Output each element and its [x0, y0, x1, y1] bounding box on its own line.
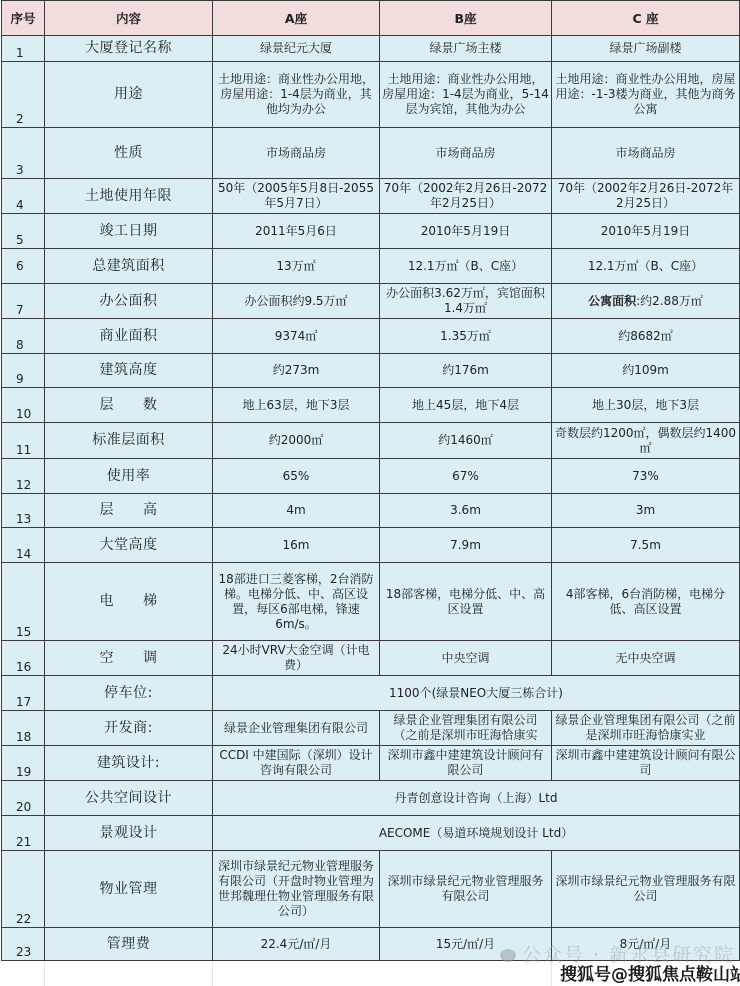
- row-index: 21: [2, 816, 45, 851]
- cell-b: 7.9m: [380, 528, 552, 563]
- cell-b: 3.6m: [380, 494, 552, 528]
- row-label: 公共空间设计: [45, 781, 213, 816]
- table-row: 18 开发商: 绿景企业管理集团有限公司 绿景企业管理集团有限公司（之前是深圳市…: [2, 711, 740, 746]
- row-label: 空 调: [45, 641, 213, 676]
- table-row: 6 总建筑面积 13万㎡ 12.1万㎡（B、C座） 12.1万㎡（B、C座）: [2, 249, 740, 284]
- cell-merged: AECOME（易道环境规划设计 Ltd）: [213, 816, 740, 851]
- cell-c: 3m: [552, 494, 740, 528]
- cell-c: 深圳市鑫中建建筑设计顾问有限公司: [552, 746, 740, 781]
- table-row: 7 办公面积 办公面积约9.5万㎡ 办公面积3.62万㎡，宾馆面积1.4万㎡ 公…: [2, 284, 740, 319]
- row-index: 23: [2, 928, 45, 961]
- table-row: 15 电 梯 18部进口三菱客梯，2台消防梯。电梯分低、中、高区设置，每区6部电…: [2, 563, 740, 641]
- cell-c: 深圳市绿景纪元物业管理服务有限公司: [552, 851, 740, 928]
- cell-a: 16m: [213, 528, 380, 563]
- table-row: 17 停车位: 1100个(绿景NEO大厦三栋合计): [2, 676, 740, 711]
- row-index: 7: [2, 284, 45, 319]
- cell-c: 地上30层，地下3层: [552, 388, 740, 423]
- row-index: 5: [2, 214, 45, 249]
- row-index: 19: [2, 746, 45, 781]
- table-row: 9 建筑高度 约273m 约176m 约109m: [2, 354, 740, 388]
- cell-a: CCDI 中建国际（深圳）设计咨询有限公司: [213, 746, 380, 781]
- cell-b: 约176m: [380, 354, 552, 388]
- wechat-icon: [500, 949, 516, 962]
- cell-b: 1.35万㎡: [380, 319, 552, 354]
- cell-a: 18部进口三菱客梯，2台消防梯。电梯分低、中、高区设置，每区6部电梯，锋速6m/…: [213, 563, 380, 641]
- row-index: 9: [2, 354, 45, 388]
- cell-a: 约2000㎡: [213, 423, 380, 459]
- table-row: 3 性质 市场商品房 市场商品房 市场商品房: [2, 128, 740, 179]
- apartment-area-value: :约2.88万㎡: [636, 294, 703, 308]
- row-label: 大堂高度: [45, 528, 213, 563]
- row-label: 竣工日期: [45, 214, 213, 249]
- row-index: 14: [2, 528, 45, 563]
- cell-a: 土地用途：商业性办公用地，房屋用途：1-4层为商业，其他均为办公: [213, 62, 380, 128]
- row-index: 1: [2, 36, 45, 62]
- table-row: 1 大厦登记名称 绿景纪元大厦 绿景广场主楼 绿景广场副楼: [2, 36, 740, 62]
- row-label: 性质: [45, 128, 213, 179]
- cell-a: 绿景企业管理集团有限公司: [213, 711, 380, 746]
- cell-c: 2010年5月19日: [552, 214, 740, 249]
- table-row: 16 空 调 24小时VRV大金空调（计电费） 中央空调 无中央空调: [2, 641, 740, 676]
- cell-c: 土地用途：商业性办公用地，房屋用途：-1-3楼为商业，其他为商务公寓: [552, 62, 740, 128]
- header-tower-b: B座: [380, 1, 552, 36]
- row-index: 8: [2, 319, 45, 354]
- cell-merged: 1100个(绿景NEO大厦三栋合计): [213, 676, 740, 711]
- cell-b: 深圳市鑫中建建筑设计顾问有限公司: [380, 746, 552, 781]
- row-label: 层 高: [45, 494, 213, 528]
- cell-b: 67%: [380, 459, 552, 494]
- cell-c: 奇数层约1200㎡，偶数层约1400㎡: [552, 423, 740, 459]
- row-label: 办公面积: [45, 284, 213, 319]
- row-label: 电 梯: [45, 563, 213, 641]
- cell-a: 50年（2005年5月8日-2055年5月7日）: [213, 179, 380, 214]
- header-tower-a: A座: [213, 1, 380, 36]
- table-row: 20 公共空间设计 丹青创意设计咨询（上海）Ltd: [2, 781, 740, 816]
- cell-a: 深圳市绿景纪元物业管理服务有限公司（开盘时物业管理为世邦魏理仕物业管理服务有限公…: [213, 851, 380, 928]
- table-row: 19 建筑设计: CCDI 中建国际（深圳）设计咨询有限公司 深圳市鑫中建建筑设…: [2, 746, 740, 781]
- sohu-watermark: 搜狐号@搜狐焦点鞍山站: [560, 960, 740, 985]
- table-row: 14 大堂高度 16m 7.9m 7.5m: [2, 528, 740, 563]
- cell-c: 4部客梯，6台消防梯，电梯分低、高区设置: [552, 563, 740, 641]
- row-label: 商业面积: [45, 319, 213, 354]
- row-label: 建筑高度: [45, 354, 213, 388]
- table-row: 2 用途 土地用途：商业性办公用地，房屋用途：1-4层为商业，其他均为办公 土地…: [2, 62, 740, 128]
- row-index: 18: [2, 711, 45, 746]
- cell-b: 土地用途：商业性办公用地，房屋用途：1-4层为商业，5-14层为宾馆，其他为办公: [380, 62, 552, 128]
- cell-c: 公寓面积:约2.88万㎡: [552, 284, 740, 319]
- header-row: 序号 内容 A座 B座 C 座: [2, 1, 740, 36]
- cell-b: 70年（2002年2月26日-2072年2月25日）: [380, 179, 552, 214]
- header-content: 内容: [45, 1, 213, 36]
- row-label: 总建筑面积: [45, 249, 213, 284]
- cell-b: 18部客梯，电梯分低、中、高区设置: [380, 563, 552, 641]
- table-row: 8 商业面积 9374㎡ 1.35万㎡ 约8682㎡: [2, 319, 740, 354]
- table-row: 10 层 数 地上63层，地下3层 地上45层，地下4层 地上30层，地下3层: [2, 388, 740, 423]
- table-row: 22 物业管理 深圳市绿景纪元物业管理服务有限公司（开盘时物业管理为世邦魏理仕物…: [2, 851, 740, 928]
- table-row: 5 竣工日期 2011年5月6日 2010年5月19日 2010年5月19日: [2, 214, 740, 249]
- row-label: 物业管理: [45, 851, 213, 928]
- row-index: 10: [2, 388, 45, 423]
- table-row: 12 使用率 65% 67% 73%: [2, 459, 740, 494]
- row-label: 使用率: [45, 459, 213, 494]
- cell-c: 70年（2002年2月26日-2072年2月25日）: [552, 179, 740, 214]
- row-index: 22: [2, 851, 45, 928]
- row-index: 11: [2, 423, 45, 459]
- cell-b: 绿景企业管理集团有限公司（之前是深圳市旺海恰康实: [380, 711, 552, 746]
- cell-c: 无中央空调: [552, 641, 740, 676]
- cell-a: 市场商品房: [213, 128, 380, 179]
- row-label: 土地使用年限: [45, 179, 213, 214]
- row-index: 6: [2, 249, 45, 284]
- cell-c: 绿景广场副楼: [552, 36, 740, 62]
- row-index: 2: [2, 62, 45, 128]
- cell-c: 12.1万㎡（B、C座）: [552, 249, 740, 284]
- header-index: 序号: [2, 1, 45, 36]
- cell-a: 约273m: [213, 354, 380, 388]
- cell-b: 约1460㎡: [380, 423, 552, 459]
- row-label: 标准层面积: [45, 423, 213, 459]
- row-label: 大厦登记名称: [45, 36, 213, 62]
- grid-line: [212, 961, 213, 986]
- table-row: 21 景观设计 AECOME（易道环境规划设计 Ltd）: [2, 816, 740, 851]
- cell-c: 约8682㎡: [552, 319, 740, 354]
- cell-c: 约109m: [552, 354, 740, 388]
- cell-a: 地上63层，地下3层: [213, 388, 380, 423]
- header-tower-c: C 座: [552, 1, 740, 36]
- cell-b: 12.1万㎡（B、C座）: [380, 249, 552, 284]
- cell-merged: 丹青创意设计咨询（上海）Ltd: [213, 781, 740, 816]
- row-label: 开发商:: [45, 711, 213, 746]
- row-label: 用途: [45, 62, 213, 128]
- cell-a: 2011年5月6日: [213, 214, 380, 249]
- cell-b: 深圳市绿景纪元物业管理服务有限公司: [380, 851, 552, 928]
- cell-c: 绿景企业管理集团有限公司（之前是深圳市旺海恰康实业: [552, 711, 740, 746]
- cell-a: 办公面积约9.5万㎡: [213, 284, 380, 319]
- cell-c: 7.5m: [552, 528, 740, 563]
- cell-b: 市场商品房: [380, 128, 552, 179]
- row-label: 层 数: [45, 388, 213, 423]
- cell-c: 73%: [552, 459, 740, 494]
- cell-a: 绿景纪元大厦: [213, 36, 380, 62]
- row-index: 3: [2, 128, 45, 179]
- row-index: 13: [2, 494, 45, 528]
- row-index: 12: [2, 459, 45, 494]
- row-label: 建筑设计:: [45, 746, 213, 781]
- table-row: 11 标准层面积 约2000㎡ 约1460㎡ 奇数层约1200㎡，偶数层约140…: [2, 423, 740, 459]
- cell-b: 2010年5月19日: [380, 214, 552, 249]
- cell-a: 4m: [213, 494, 380, 528]
- cell-a: 9374㎡: [213, 319, 380, 354]
- cell-a: 22.4元/㎡/月: [213, 928, 380, 961]
- cell-b: 绿景广场主楼: [380, 36, 552, 62]
- table-row: 4 土地使用年限 50年（2005年5月8日-2055年5月7日） 70年（20…: [2, 179, 740, 214]
- cell-a: 13万㎡: [213, 249, 380, 284]
- row-label: 管理费: [45, 928, 213, 961]
- cell-c: 市场商品房: [552, 128, 740, 179]
- row-index: 20: [2, 781, 45, 816]
- cell-b: 地上45层，地下4层: [380, 388, 552, 423]
- grid-line: [44, 961, 45, 986]
- row-index: 16: [2, 641, 45, 676]
- cell-a: 65%: [213, 459, 380, 494]
- spec-table: 序号 内容 A座 B座 C 座 1 大厦登记名称 绿景纪元大厦 绿景广场主楼 绿…: [1, 0, 740, 961]
- row-index: 4: [2, 179, 45, 214]
- row-index: 15: [2, 563, 45, 641]
- row-label: 景观设计: [45, 816, 213, 851]
- cell-b: 办公面积3.62万㎡，宾馆面积1.4万㎡: [380, 284, 552, 319]
- row-label: 停车位:: [45, 676, 213, 711]
- table-row: 13 层 高 4m 3.6m 3m: [2, 494, 740, 528]
- cell-a: 24小时VRV大金空调（计电费）: [213, 641, 380, 676]
- cell-b: 中央空调: [380, 641, 552, 676]
- row-index: 17: [2, 676, 45, 711]
- apartment-area-label: 公寓面积: [588, 294, 636, 308]
